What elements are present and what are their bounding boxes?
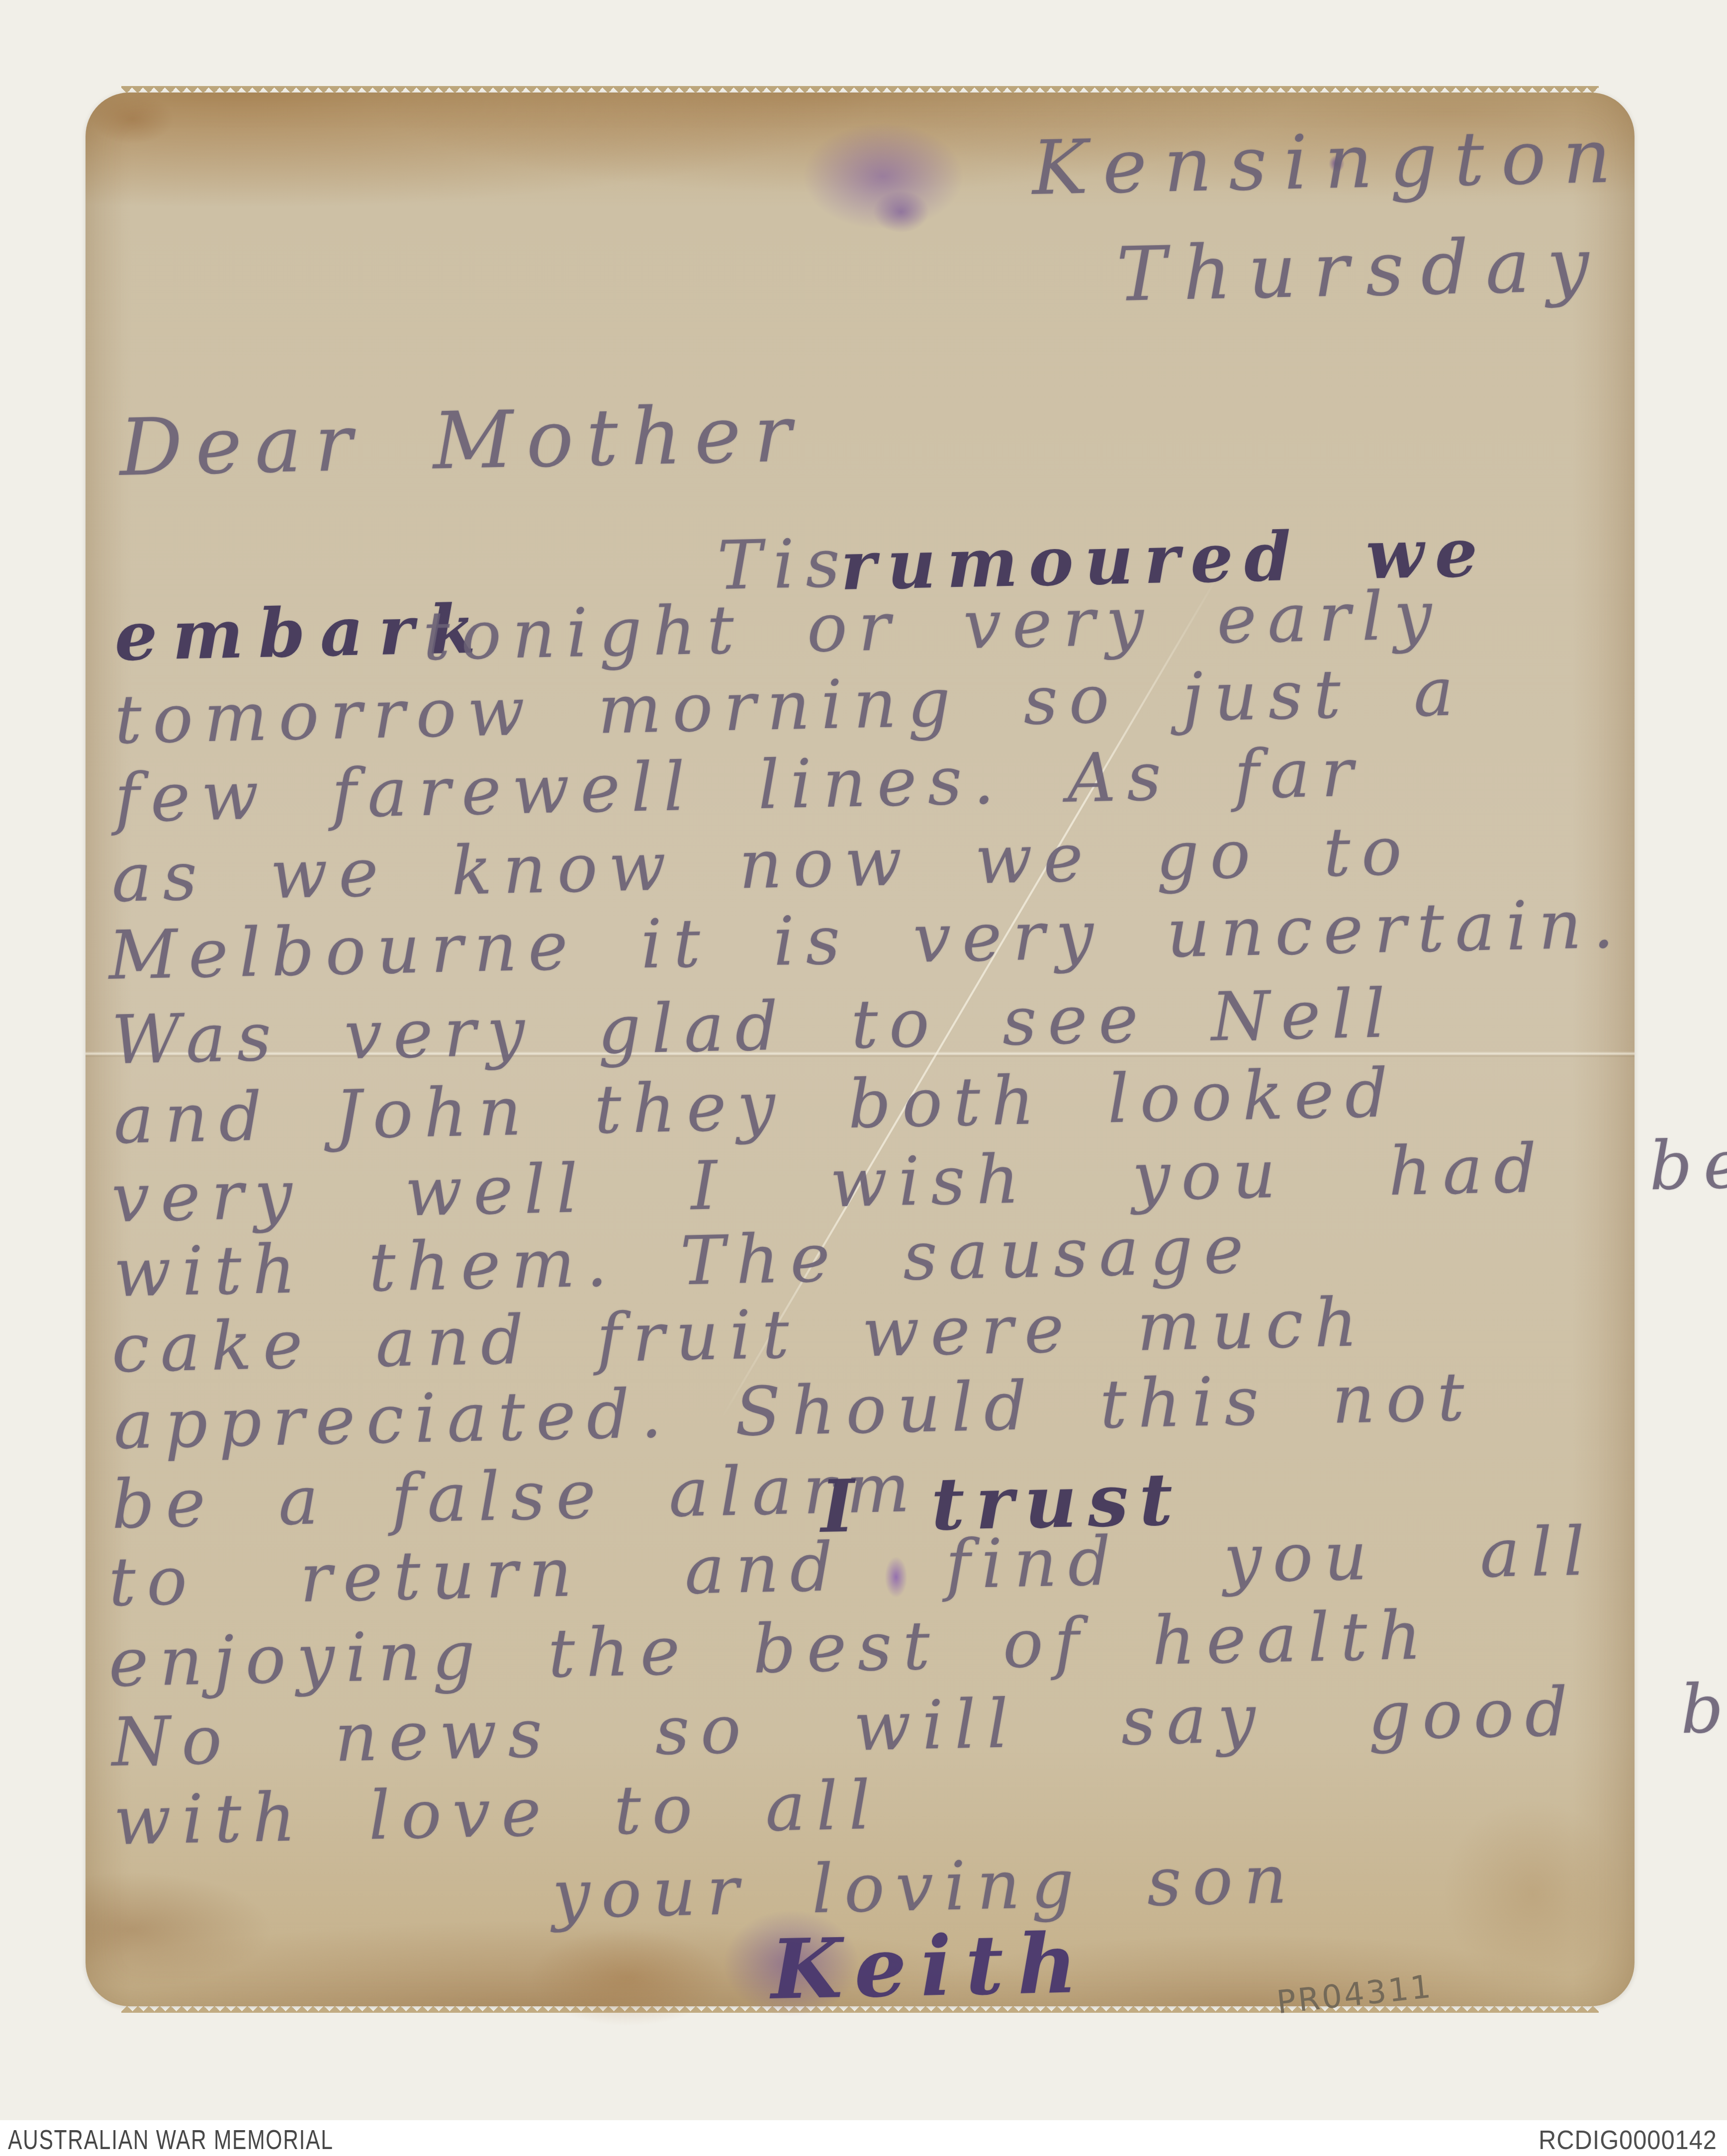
paper-stain-signature: [498, 1913, 757, 2042]
institution-label: AUSTRALIAN WAR MEMORIAL: [8, 2124, 334, 2156]
perforated-edge-left: [79, 128, 86, 1970]
record-id-label: RCDIG0000142: [1539, 2125, 1717, 2156]
letter-salutation: Dear Mother: [119, 394, 805, 487]
letter-date: Thursday: [1116, 227, 1607, 312]
letter-closing: your loving son: [551, 1846, 1298, 1928]
paper-stain-top-left: [81, 88, 339, 296]
handwriting-line-17: with love to all: [113, 1772, 882, 1855]
ink-smudge-top: [772, 102, 1050, 267]
perforated-edge-top: [121, 86, 1599, 93]
letter-place: Kensington: [1031, 119, 1629, 206]
ink-smudge-top-small: [861, 182, 941, 242]
paper-stain-bottom-right: [1418, 1774, 1647, 2012]
handwriting-line-13: be a false alarm: [111, 1454, 921, 1538]
catalog-footer-bar: AUSTRALIAN WAR MEMORIAL RCDIG0000142: [0, 2120, 1727, 2156]
letter-card-scan: Kensington Thursday Dear Mother Tis rumo…: [86, 93, 1635, 2006]
catalog-pencil-mark: PR04311: [1275, 1969, 1435, 2021]
letter-signature: Keith: [770, 1922, 1092, 2011]
